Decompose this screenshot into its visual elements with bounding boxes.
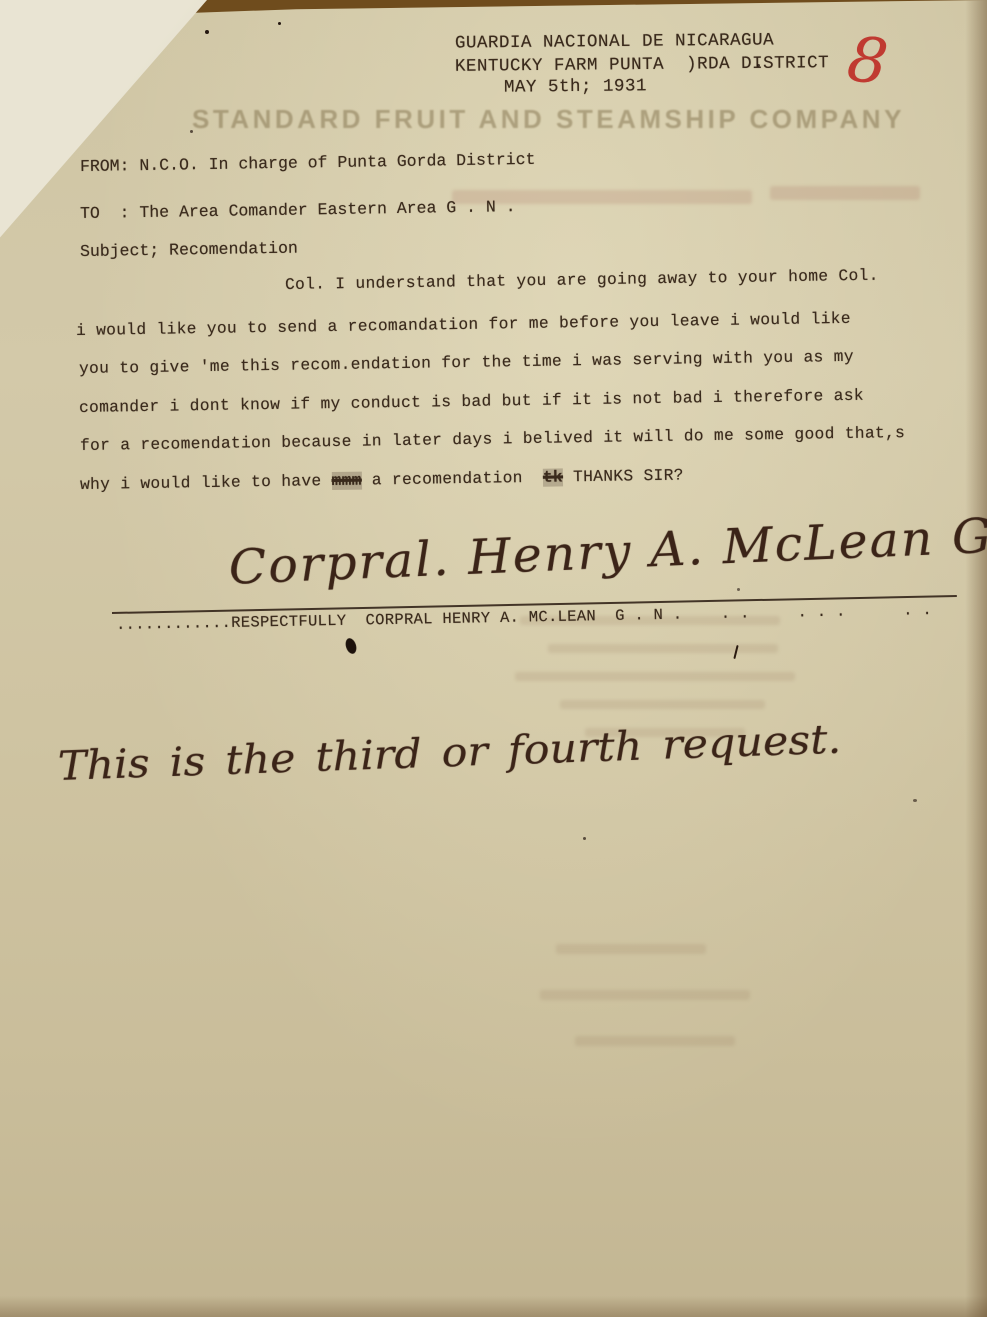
ink-speck <box>757 64 760 67</box>
overstruck-text: tk <box>543 468 563 486</box>
ink-speck <box>737 588 740 591</box>
header-date-line: MAY 5th; 1931 <box>504 76 647 97</box>
ink-speck <box>583 837 586 840</box>
ink-speck <box>913 799 917 802</box>
ghost-text-smudge <box>560 700 765 709</box>
header-district-line: KENTUCKY FARM PUNTA )RDA DISTRICT <box>455 53 829 77</box>
ghost-letterhead-text: STANDARD FRUIT AND STEAMSHIP COMPANY <box>192 104 905 135</box>
ink-speck <box>205 30 209 34</box>
ghost-text-smudge <box>540 990 750 1000</box>
ghost-text-smudge <box>556 944 706 954</box>
ghost-text-smudge <box>770 186 920 200</box>
scanned-letter-page: STANDARD FRUIT AND STEAMSHIP COMPANY GUA… <box>0 0 987 1317</box>
subject-line: Subject; Recomendation <box>80 239 298 261</box>
ghost-text-smudge <box>548 644 778 653</box>
header-org-line: GUARDIA NACIONAL DE NICARAGUA <box>455 30 774 53</box>
ghost-text-smudge <box>515 672 795 681</box>
ink-speck <box>190 130 193 133</box>
ink-speck <box>278 22 281 25</box>
body-last-line-post: THANKS SIR? <box>563 467 684 487</box>
body-last-line-mid: a recomendation <box>362 469 543 490</box>
ghost-text-smudge <box>575 1036 735 1046</box>
overstruck-text: mmm <box>331 472 361 490</box>
